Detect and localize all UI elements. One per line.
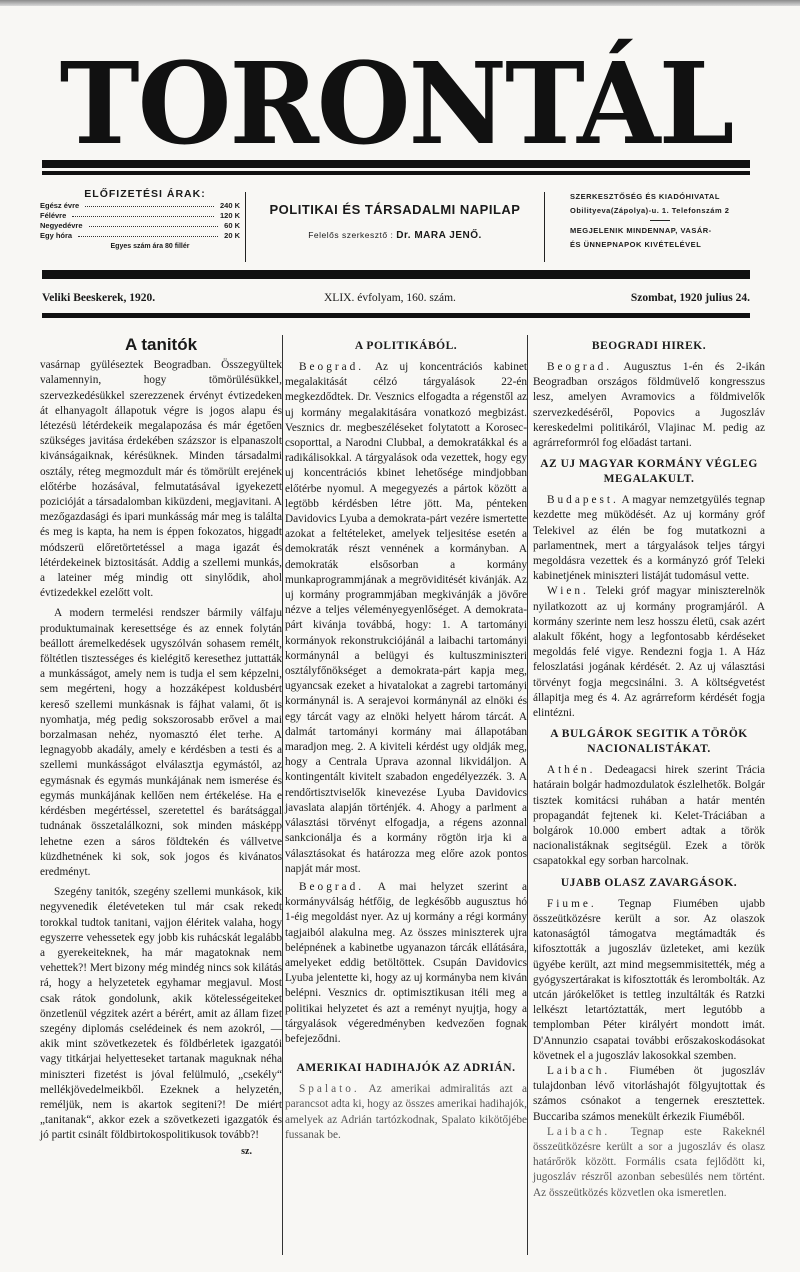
leader-dots: [85, 201, 214, 207]
price-value: 20 K: [224, 231, 240, 240]
news-dateline: Fiume.: [547, 898, 597, 910]
price-row: Negyedévre60 K: [40, 221, 240, 230]
editor-line: Felelős szerkesztő : Dr. MARA JENŐ.: [250, 230, 540, 241]
news-item: Laibach. Tegnap este Rakeknél összeütköz…: [533, 1125, 765, 1201]
leader-dots: [72, 211, 214, 217]
price-value: 240 K: [220, 201, 240, 210]
price-label: Egy hóra: [40, 231, 72, 240]
news-text: A magyar nemzetgyülés tegnap kezdette me…: [533, 494, 765, 582]
divider: [245, 192, 246, 262]
masthead-rule: [42, 160, 750, 168]
schedule-line: ÉS ÜNNEPNAPOK KIVÉTELÉVEL: [570, 238, 760, 252]
price-label: Félévre: [40, 211, 66, 220]
news-dateline: Beograd.: [299, 361, 364, 373]
single-copy-price: Egyes szám ára 80 fillér: [60, 243, 240, 250]
masthead: TORONTÁL: [40, 50, 752, 160]
news-text: Az uj koncentrációs kabinet megalakitásá…: [285, 361, 527, 875]
column-news: BEOGRADI HIREK. Beograd. Augusztus 1-én …: [533, 333, 765, 1201]
news-item: Budapest. A magyar nemzetgyülés tegnap k…: [533, 493, 765, 584]
info-bar: ELŐFIZETÉSI ÁRAK: Egész évre240 K Félévr…: [40, 188, 752, 266]
news-text: Augusztus 1-én és 2-ikán Beogradban orsz…: [533, 361, 765, 449]
newspaper-title: TORONTÁL: [54, 50, 738, 160]
news-item: Laibach. Fiumében öt jugoszláv tulajdonb…: [533, 1064, 765, 1125]
news-dateline: Beograd.: [299, 881, 364, 893]
section-heading: AZ UJ MAGYAR KORMÁNY VÉGLEG MEGALAKULT.: [533, 457, 765, 487]
section-heading: BEOGRADI HIREK.: [533, 339, 765, 354]
scan-edge: [0, 0, 800, 6]
news-item: Spalato. Az amerikai admiralitás azt a p…: [285, 1082, 527, 1143]
news-item: Athén. Dedeagacsi hirek szerint Trácia h…: [533, 763, 765, 869]
price-label: Egész évre: [40, 201, 79, 210]
news-dateline: Laibach.: [547, 1065, 610, 1077]
news-text: A mai helyzet szerint a kormányválság hé…: [285, 881, 527, 1045]
price-row: Egész évre240 K: [40, 201, 240, 210]
news-text: Dedeagacsi hirek szerint Trácia határain…: [533, 764, 765, 867]
news-dateline: Budapest.: [547, 494, 619, 506]
volume-issue: XLIX. évfolyam, 160. szám.: [324, 292, 456, 304]
section-heading: AMERIKAI HADIHAJÓK AZ ADRIÁN.: [285, 1061, 527, 1076]
issue-date: Szombat, 1920 julius 24.: [631, 292, 750, 304]
publication-info: POLITIKAI ÉS TÁRSADALMI NAPILAP Felelős …: [250, 202, 540, 241]
news-item: Wien. Teleki gróf magyar miniszterelnök …: [533, 584, 765, 721]
price-row: Egy hóra20 K: [40, 231, 240, 240]
leader-dots: [89, 221, 219, 227]
column-editorial: A tanitók vasárnap gyüléseztek Beogradba…: [40, 333, 282, 1159]
editor-label: Felelős szerkesztő :: [308, 230, 393, 240]
news-item: Beograd. Augusztus 1-én és 2-ikán Beogra…: [533, 360, 765, 451]
editor-name: Dr. MARA JENŐ.: [396, 230, 482, 241]
news-dateline: Athén.: [547, 764, 595, 776]
schedule-line: MEGJELENIK MINDENNAP, VASÁR-: [570, 224, 760, 238]
price-value: 120 K: [220, 211, 240, 220]
office-address: Obilityeva(Zápolya)-u. 1. Telefonszám 2: [570, 204, 760, 218]
column-rule: [527, 335, 528, 1255]
article-paragraph: vasárnap gyüléseztek Beogradban. Összegy…: [40, 358, 282, 601]
news-text: Tegnap Fiumében ujabb összeütközésre ker…: [533, 898, 765, 1062]
column-rule: [282, 335, 283, 1255]
column-politics: A POLITIKÁBÓL. Beograd. Az uj koncentrác…: [285, 333, 527, 1143]
section-heading: A BULGÁROK SEGITIK A TÖRÖK NACIONALISTÁK…: [533, 727, 765, 757]
price-row: Félévre120 K: [40, 211, 240, 220]
subscription-prices: ELŐFIZETÉSI ÁRAK: Egész évre240 K Félévr…: [40, 188, 240, 250]
prices-title: ELŐFIZETÉSI ÁRAK:: [50, 188, 240, 200]
news-item: Beograd. Az uj koncentrációs kabinet meg…: [285, 360, 527, 877]
place-year: Veliki Beeskerek, 1920.: [42, 292, 155, 304]
price-value: 60 K: [224, 221, 240, 230]
news-text: Teleki gróf magyar miniszterelnök nyilat…: [533, 585, 765, 719]
section-heading: A POLITIKÁBÓL.: [285, 339, 527, 354]
dateline: Veliki Beeskerek, 1920. XLIX. évfolyam, …: [42, 290, 750, 310]
section-heading: UJABB OLASZ ZAVARGÁSOK.: [533, 876, 765, 891]
leader-dots: [78, 231, 218, 237]
price-label: Negyedévre: [40, 221, 83, 230]
news-dateline: Wien.: [547, 585, 589, 597]
article-paragraph: Szegény tanitók, szegény szellemi munkás…: [40, 885, 282, 1143]
article-paragraph: A modern termelési rendszer bármily válf…: [40, 606, 282, 880]
news-item: Fiume. Tegnap Fiumében ujabb összeütközé…: [533, 897, 765, 1064]
paper-subtitle: POLITIKAI ÉS TÁRSADALMI NAPILAP: [250, 202, 540, 217]
divider: [650, 220, 670, 221]
dateline-rule: [42, 313, 750, 318]
office-label: SZERKESZTŐSÉG ÉS KIADÓHIVATAL: [570, 190, 760, 204]
divider: [544, 192, 545, 262]
office-info: SZERKESZTŐSÉG ÉS KIADÓHIVATAL Obilityeva…: [570, 190, 760, 252]
article-title: A tanitók: [40, 337, 282, 352]
news-dateline: Laibach.: [547, 1126, 610, 1138]
news-dateline: Spalato.: [299, 1083, 360, 1095]
news-dateline: Beograd.: [547, 361, 612, 373]
author-signature: sz.: [40, 1144, 282, 1159]
news-item: Beograd. A mai helyzet szerint a kormány…: [285, 880, 527, 1047]
newspaper-page: TORONTÁL ELŐFIZETÉSI ÁRAK: Egész évre240…: [0, 0, 800, 1272]
info-rule: [42, 270, 750, 279]
masthead-rule-thin: [42, 171, 750, 175]
